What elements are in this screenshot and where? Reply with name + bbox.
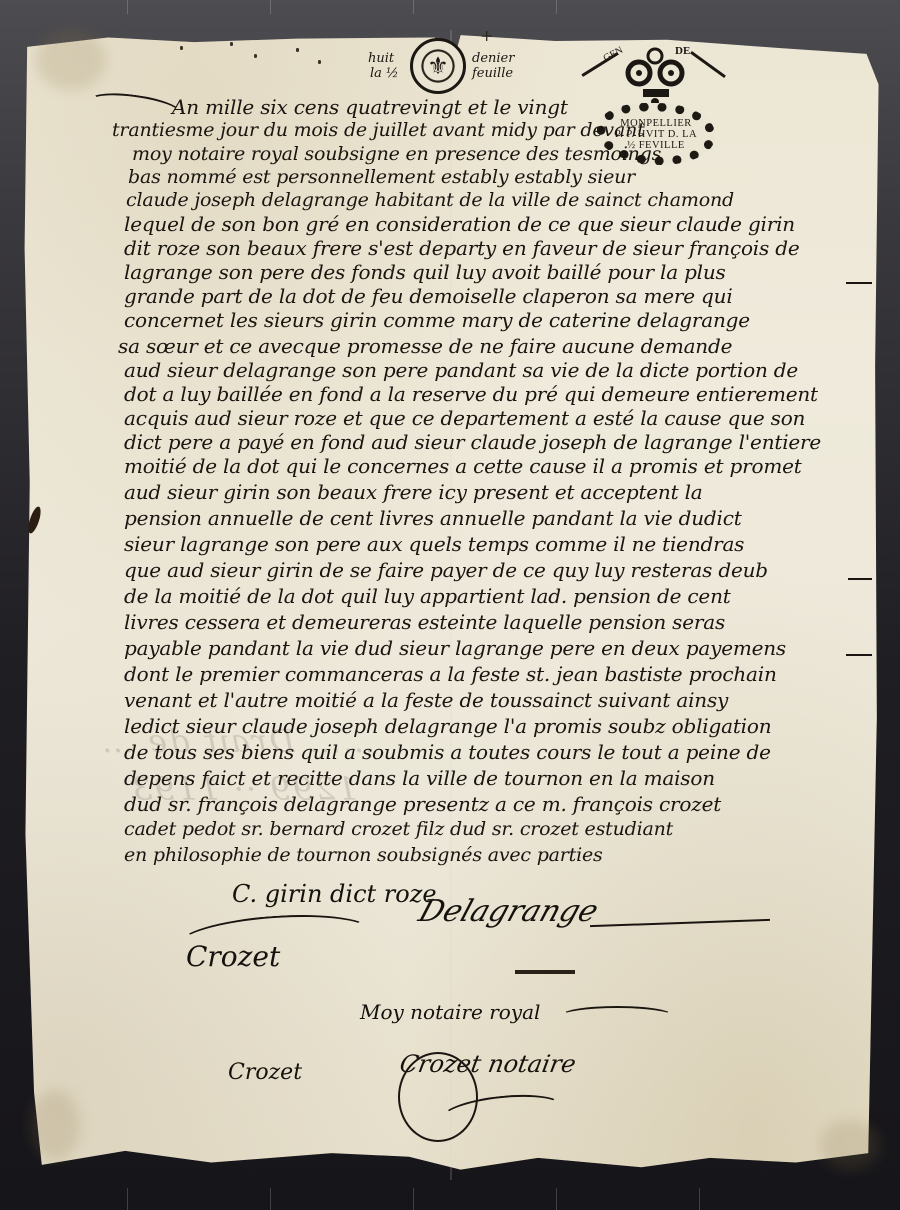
signature-girin: C. girin dict roze <box>232 880 437 908</box>
body-line: ledict sieur claude joseph delagrange l'… <box>124 714 771 738</box>
body-line: venant et l'autre moitié a la feste de t… <box>124 688 728 712</box>
body-line: cadet pedot sr. bernard crozet filz dud … <box>124 818 673 840</box>
body-line: de tous ses biens quil a soubmis a toute… <box>124 740 771 764</box>
body-line: moitié de la dot qui le concernes a cett… <box>124 454 802 478</box>
line-end-dash <box>846 654 872 656</box>
body-line: moy notaire royal soubsigne en presence … <box>132 143 661 165</box>
body-line: claude joseph delagrange habitant de la … <box>126 189 734 211</box>
body-line: aud sieur delagrange son pere pandant sa… <box>124 358 798 382</box>
body-line: depens faict et recitte dans la ville de… <box>124 766 715 790</box>
body-line: aud sieur girin son beaux frere icy pres… <box>124 480 703 504</box>
body-line: concernet les sieurs girin comme mary de… <box>124 308 750 332</box>
body-line: sieur lagrange son pere aux quels temps … <box>124 532 744 556</box>
body-line: lequel de son bon gré en consideration d… <box>124 212 795 236</box>
document-body: An mille six cens quatrevingt et le ving… <box>0 0 900 1210</box>
body-line: payable pandant la vie dud sieur lagrang… <box>124 636 786 660</box>
body-line: acquis aud sieur roze et que ce departem… <box>124 406 805 430</box>
signature-delagrange: Delagrange <box>414 894 602 929</box>
body-line: dot a luy baillée en fond a la reserve d… <box>124 382 818 406</box>
body-line: sa sœur et ce avecque promesse de ne fai… <box>118 334 732 358</box>
body-line: que aud sieur girin de se faire payer de… <box>124 558 768 582</box>
body-line: livres cessera et demeureras esteinte la… <box>124 610 725 634</box>
signature-crozet-2: Crozet <box>228 1060 302 1085</box>
body-line: en philosophie de tournon soubsignés ave… <box>124 844 603 866</box>
signature-flourish <box>560 1006 674 1026</box>
body-line: dud sr. françois delagrange presentz a c… <box>124 792 721 816</box>
body-line: dont le premier commanceras a la feste s… <box>124 662 777 686</box>
ink-smear <box>515 970 575 974</box>
line-end-dash <box>846 282 872 284</box>
body-line: pension annuelle de cent livres annuelle… <box>124 506 742 530</box>
signature-notary-text: Moy notaire royal <box>360 1000 540 1024</box>
body-line: grande part de la dot de feu demoiselle … <box>124 284 733 308</box>
body-line: dit roze son beaux frere s'est departy e… <box>124 236 799 260</box>
body-line: An mille six cens quatrevingt et le ving… <box>172 95 568 119</box>
body-line: bas nommé est personnellement estably es… <box>128 166 635 188</box>
body-line: de la moitié de la dot quil luy appartie… <box>124 584 731 608</box>
body-line: dict pere a payé en fond aud sieur claud… <box>124 430 821 454</box>
body-line: lagrange son pere des fonds quil luy avo… <box>124 260 726 284</box>
body-line: trantiesme jour du mois de juillet avant… <box>112 119 645 141</box>
signature-crozet-1: Crozet <box>186 940 280 973</box>
line-end-dash <box>848 578 872 580</box>
